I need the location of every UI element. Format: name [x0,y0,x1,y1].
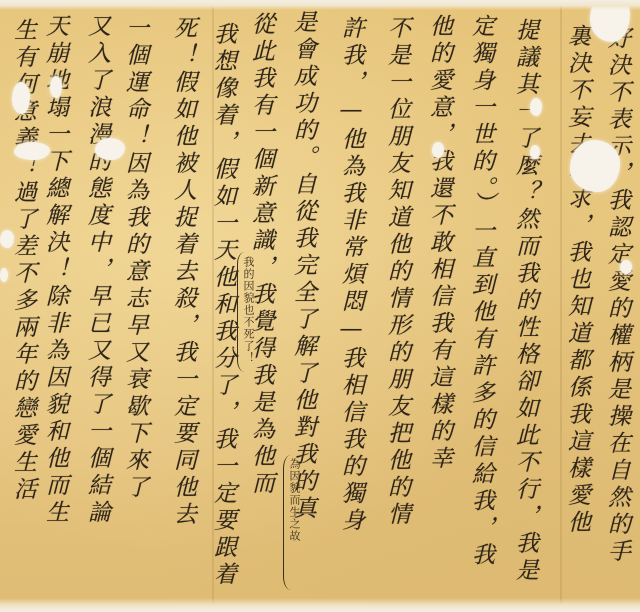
paper-hole [50,76,62,98]
paper-hole [432,142,444,158]
annotation-note-1: 我的因貌也不死了！ [240,256,256,364]
column-2: 裏決不妄去希求，我也知道都係我這樣愛他 [565,24,588,537]
paper-hole [0,268,8,282]
column-9: 從此我有一個新意識，我覺得我是為他而 [249,12,272,498]
column-13: 又入了浪漫的態度中，早已又得了一個結論 [85,14,108,527]
paper-bottom-edge [0,598,640,612]
paper-hole [570,140,620,192]
column-7: 許我，—他為我非常煩悶—我相信我的獨身 [339,16,362,535]
column-11: 死！假如他被人捉着去殺，我一定要同他去 [171,16,194,529]
column-6: 不是一位朋友知道他的情形的朋友把他的情 [385,16,408,529]
annotation-note-2: 為因貌而生之故 [286,458,302,542]
paper-hole [14,142,50,160]
column-12: 一個運命！因為我的意志早又衰歇下來了 [123,16,146,502]
text-columns: 好決不表示，我認定愛的權柄是操在自然的手 裏決不妄去希求，我也知道都係我這樣愛他… [0,0,640,612]
column-8: 是會成功的。自從我完全了解了他對我的真 [291,10,314,523]
paper-hole [530,98,542,116]
paper-hole [0,230,14,248]
column-1: 好決不表示，我認定愛的權柄是操在自然的手 [605,26,628,566]
manuscript-page: 好決不表示，我認定愛的權柄是操在自然的手 裏決不妄去希求，我也知道都係我這樣愛他… [0,0,640,612]
column-10: 我想像着，假如一天他和我分了，我一定要跟着 [211,22,234,589]
paper-hole [95,138,125,160]
column-5: 他的愛意，我還不敢相信我有這樣的幸 [427,14,450,473]
paper-top-edge [0,0,640,10]
paper-hole [620,260,632,274]
paper-hole [12,82,30,114]
paper-hole [530,145,540,159]
column-4: 定獨身一世的。）一直到他有許多的信給我，我 [469,14,492,570]
